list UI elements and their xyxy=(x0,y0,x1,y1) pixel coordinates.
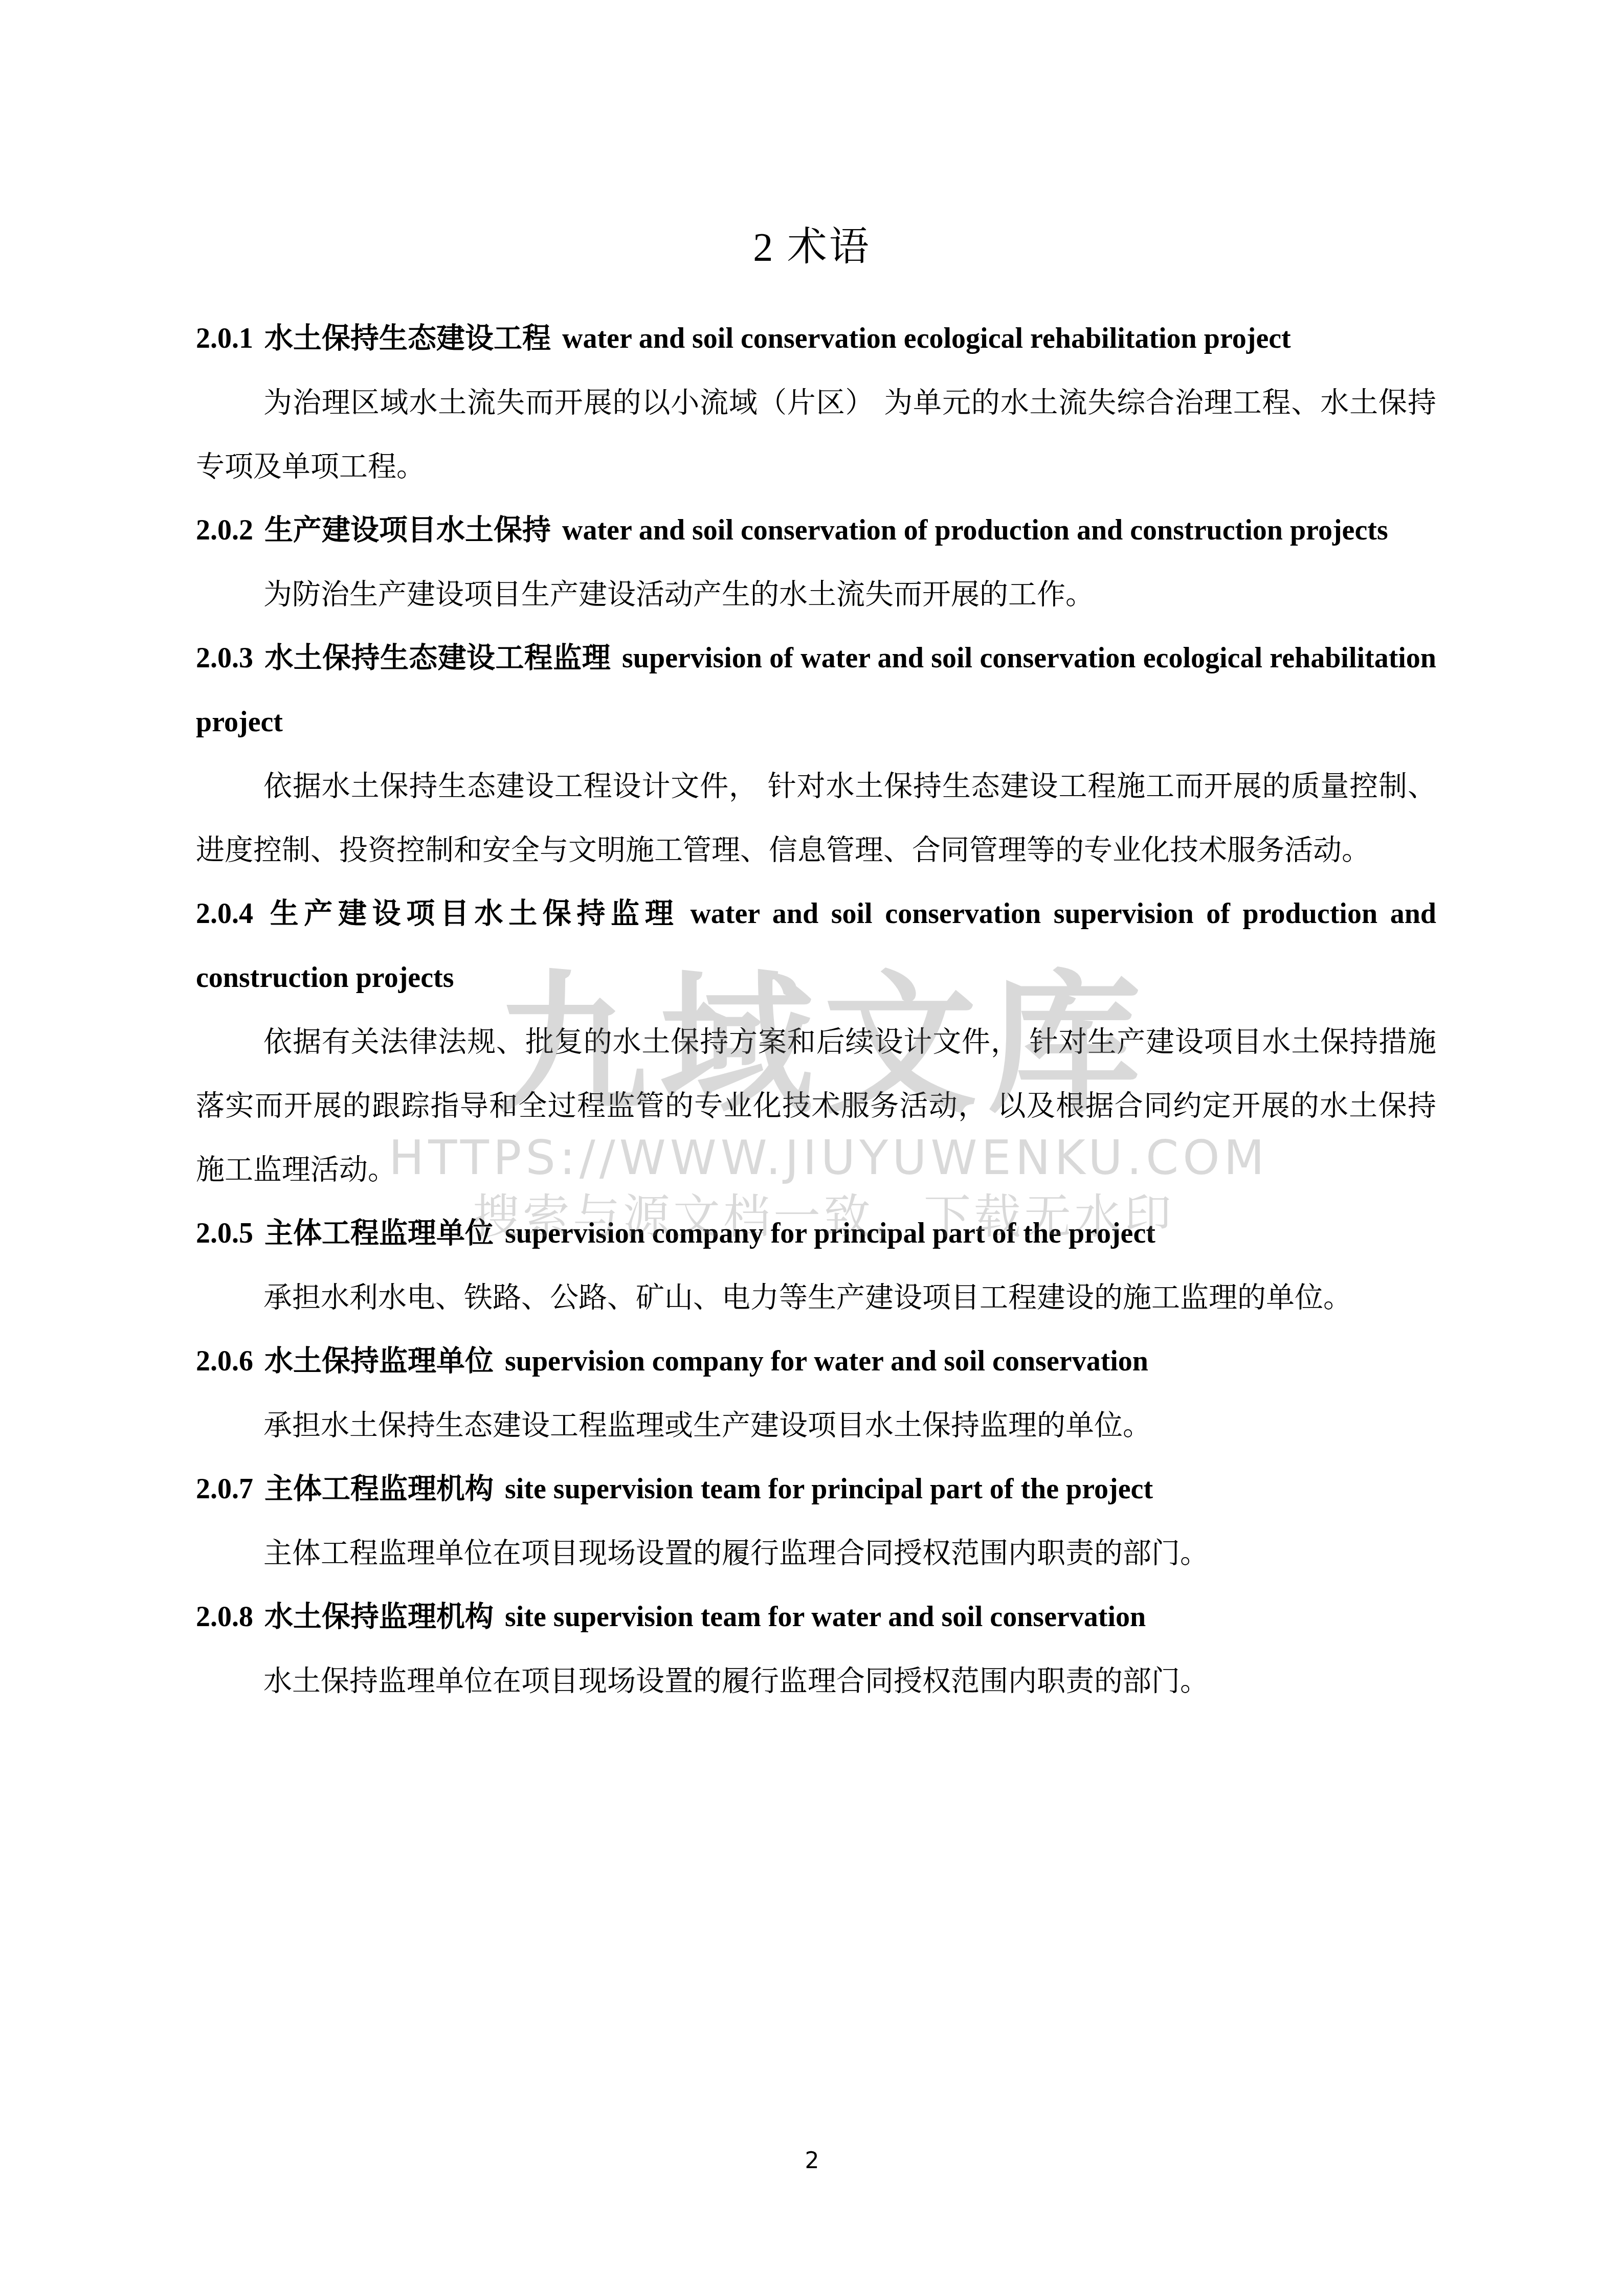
term-heading: 2.0.7主体工程监理机构site supervision team for p… xyxy=(196,1457,1436,1521)
term-definition: 为防治生产建设项目生产建设活动产生的水土流失而开展的工作。 xyxy=(196,562,1436,626)
page-number: 2 xyxy=(0,2148,1624,2174)
term-definition: 水土保持监理单位在项目现场设置的履行监理合同授权范围内职责的部门。 xyxy=(196,1649,1436,1713)
term-english: supervision company for principal part o… xyxy=(505,1218,1155,1249)
term-chinese: 水土保持生态建设工程 xyxy=(264,323,551,354)
chapter-title: 2 术语 xyxy=(0,215,1624,272)
term-heading: 2.0.8水土保持监理机构site supervision team for w… xyxy=(196,1585,1436,1649)
term-english: supervision company for water and soil c… xyxy=(505,1345,1148,1377)
term-number: 2.0.7 xyxy=(196,1473,253,1505)
term-number: 2.0.5 xyxy=(196,1218,253,1249)
term-chinese: 水土保持监理单位 xyxy=(264,1345,494,1377)
document-page: 2 术语 2.0.1水土保持生态建设工程water and soil conse… xyxy=(0,0,1624,2296)
term-definition: 依据有关法律法规、批复的水土保持方案和后续设计文件， 针对生产建设项目水土保持措… xyxy=(196,1010,1436,1202)
term-number: 2.0.8 xyxy=(196,1601,253,1633)
term-english: site supervision team for water and soil… xyxy=(505,1601,1146,1633)
term-chinese: 水土保持监理机构 xyxy=(264,1601,494,1633)
term-definition: 为治理区域水土流失而开展的以小流域（片区） 为单元的水土流失综合治理工程、水土保… xyxy=(196,371,1436,499)
term-heading: 2.0.1水土保持生态建设工程water and soil conservati… xyxy=(196,307,1436,371)
term-chinese: 生产建设项目水土保持 xyxy=(264,514,551,546)
term-english: water and soil conservation of productio… xyxy=(562,514,1388,546)
term-definition: 依据水土保持生态建设工程设计文件， 针对水土保持生态建设工程施工而开展的质量控制… xyxy=(196,754,1436,882)
term-definition: 承担水利水电、铁路、公路、矿山、电力等生产建设项目工程建设的施工监理的单位。 xyxy=(196,1266,1436,1330)
term-english: water and soil conservation ecological r… xyxy=(562,323,1291,354)
term-number: 2.0.4 xyxy=(196,898,253,930)
term-english: site supervision team for principal part… xyxy=(505,1473,1153,1505)
term-chinese: 生产建设项目水土保持监理 xyxy=(264,898,679,930)
term-chinese: 主体工程监理单位 xyxy=(264,1218,494,1249)
term-chinese: 水土保持生态建设工程监理 xyxy=(264,642,611,674)
term-definition: 承担水土保持生态建设工程监理或生产建设项目水土保持监理的单位。 xyxy=(196,1393,1436,1457)
term-heading: 2.0.2生产建设项目水土保持water and soil conservati… xyxy=(196,499,1436,562)
term-heading: 2.0.3水土保持生态建设工程监理supervision of water an… xyxy=(196,626,1436,754)
term-heading: 2.0.4生产建设项目水土保持监理water and soil conserva… xyxy=(196,882,1436,1010)
term-heading: 2.0.6水土保持监理单位supervision company for wat… xyxy=(196,1330,1436,1393)
term-heading: 2.0.5主体工程监理单位supervision company for pri… xyxy=(196,1202,1436,1266)
term-number: 2.0.1 xyxy=(196,323,253,354)
term-number: 2.0.3 xyxy=(196,642,253,674)
terms-list: 2.0.1水土保持生态建设工程water and soil conservati… xyxy=(196,307,1436,1713)
term-chinese: 主体工程监理机构 xyxy=(264,1473,494,1505)
term-number: 2.0.2 xyxy=(196,514,253,546)
term-definition: 主体工程监理单位在项目现场设置的履行监理合同授权范围内职责的部门。 xyxy=(196,1521,1436,1585)
term-number: 2.0.6 xyxy=(196,1345,253,1377)
